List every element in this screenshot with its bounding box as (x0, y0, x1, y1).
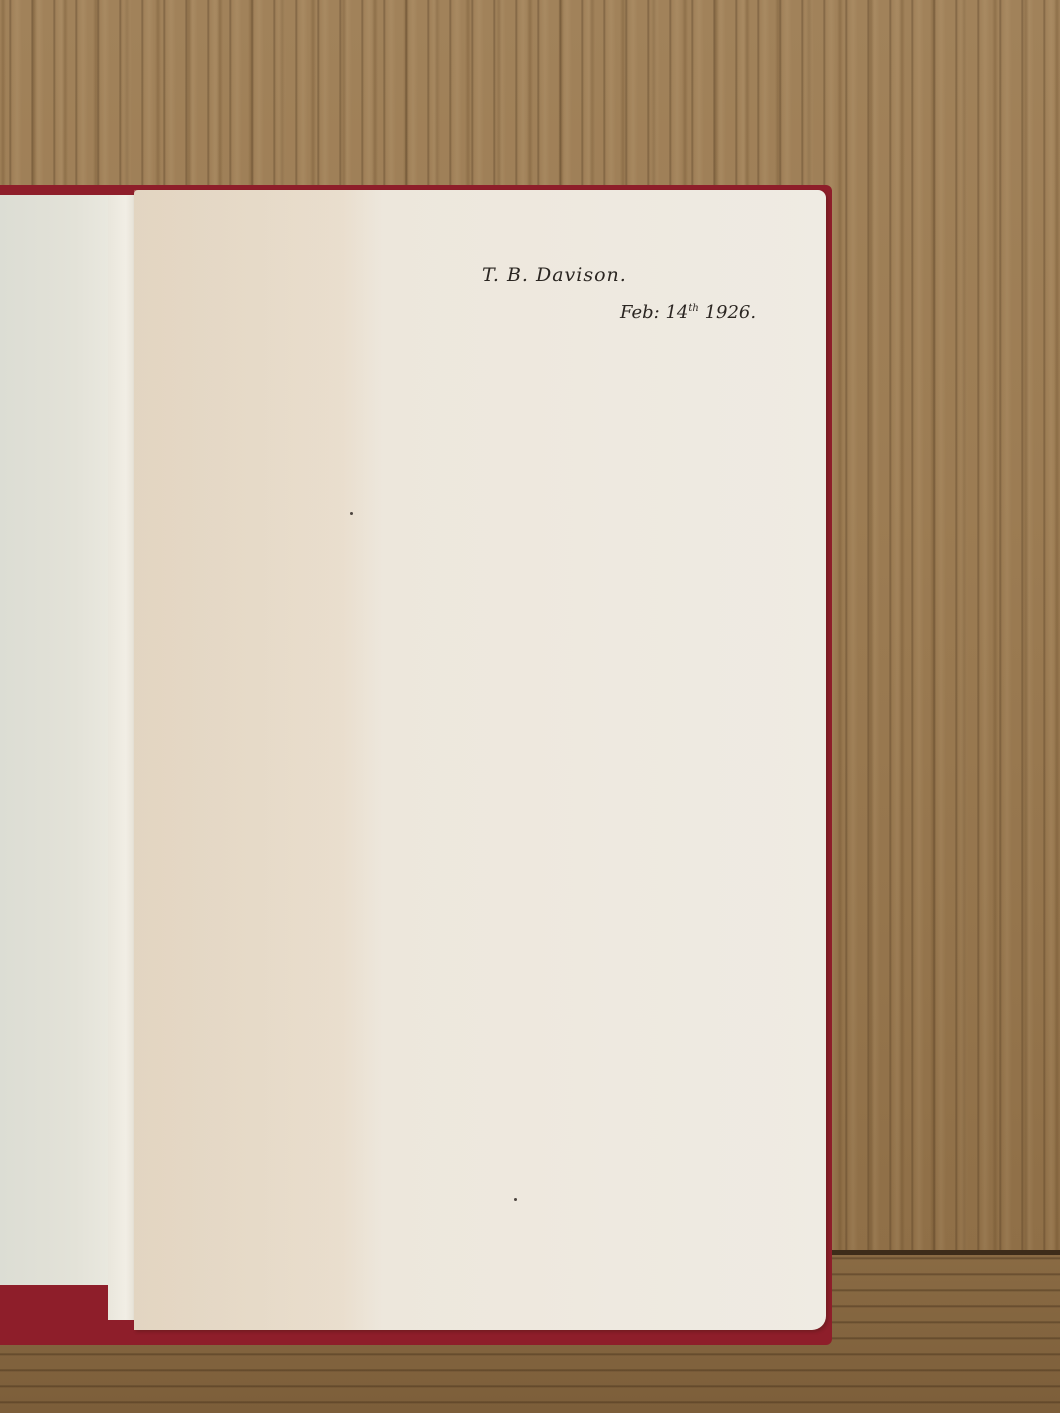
left-endpaper (0, 195, 125, 1285)
inscription-date: Feb: 14th 1926. (620, 302, 756, 323)
inscription-owner-name: T. B. Davison. (482, 264, 627, 286)
inscription-date-day: Feb: 14 (620, 302, 688, 323)
foxing-spot (514, 1198, 517, 1201)
inscription-date-ordinal: th (688, 303, 698, 314)
right-endpaper: T. B. Davison. Feb: 14th 1926. (134, 190, 826, 1330)
page-discoloration (134, 190, 374, 1330)
inscription-date-year: 1926. (699, 302, 756, 323)
foxing-spot (350, 512, 353, 515)
